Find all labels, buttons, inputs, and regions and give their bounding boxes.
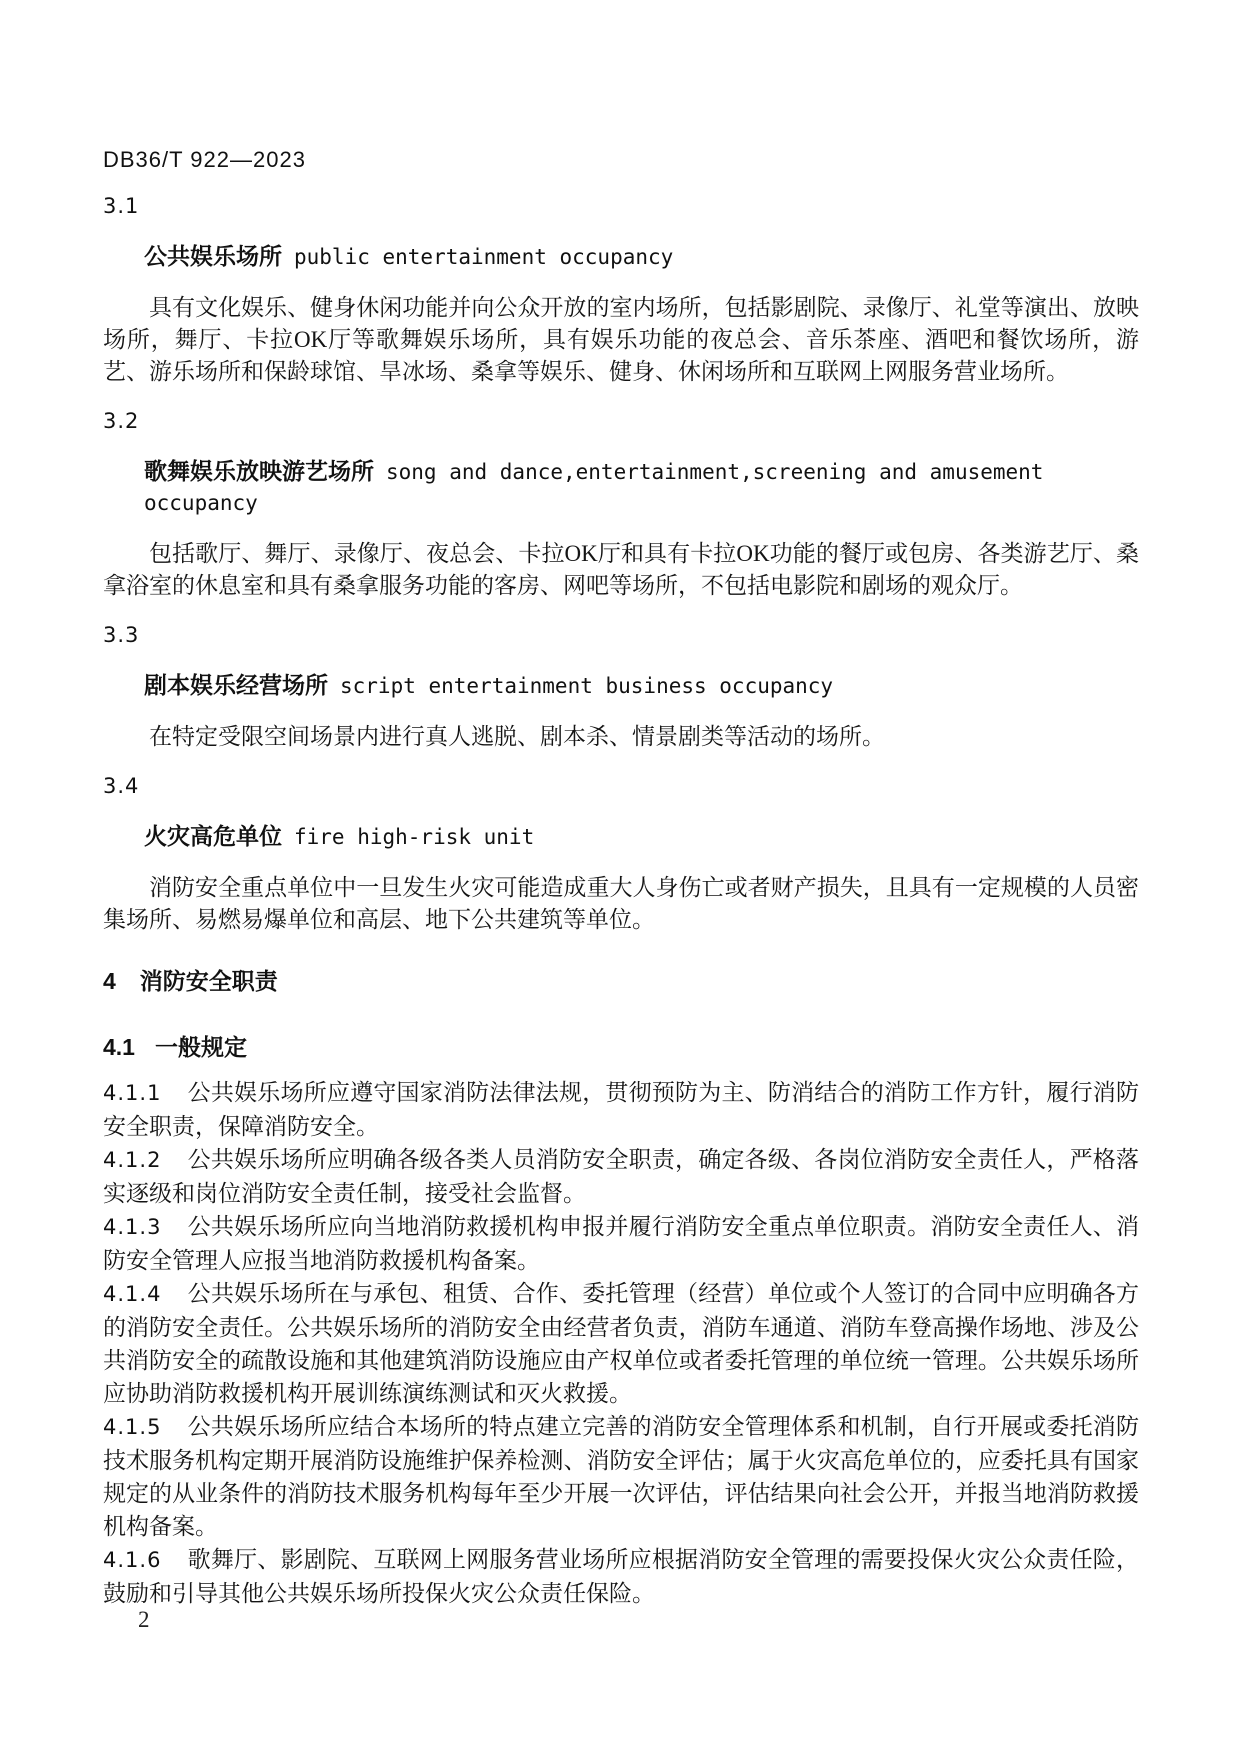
term-title: 火灾高危单位fire high-risk unit [103, 821, 1139, 852]
section-title: 一般规定 [155, 1034, 247, 1060]
section-number: 4.1 [103, 1034, 135, 1060]
document-page: DB36/T 922—2023 3.1 公共娱乐场所public enterta… [0, 0, 1241, 1754]
term-block-3-3: 3.3 剧本娱乐经营场所script entertainment busines… [103, 622, 1139, 753]
clause-4-1-1: 4.1.1公共娱乐场所应遵守国家消防法律法规，贯彻预防为主、防消结合的消防工作方… [103, 1076, 1139, 1143]
term-number: 3.2 [103, 408, 1139, 434]
clause-text: 公共娱乐场所应结合本场所的特点建立完善的消防安全管理体系和机制，自行开展或委托消… [103, 1414, 1139, 1539]
term-number: 3.3 [103, 622, 1139, 648]
clause-4-1-3: 4.1.3公共娱乐场所应向当地消防救援机构申报并履行消防安全重点单位职责。消防安… [103, 1210, 1139, 1277]
clause-text: 公共娱乐场所应明确各级各类人员消防安全职责，确定各级、各岗位消防安全责任人，严格… [103, 1147, 1139, 1206]
page-number: 2 [138, 1606, 150, 1634]
term-title-en: public entertainment occupancy [294, 245, 673, 269]
clause-number: 4.1.5 [103, 1415, 161, 1439]
section-heading: 4.1一般规定 [103, 1032, 1139, 1062]
clause-4-1-5: 4.1.5公共娱乐场所应结合本场所的特点建立完善的消防安全管理体系和机制，自行开… [103, 1410, 1139, 1543]
clause-number: 4.1.3 [103, 1215, 161, 1239]
clause-4-1-2: 4.1.2公共娱乐场所应明确各级各类人员消防安全职责，确定各级、各岗位消防安全责… [103, 1143, 1139, 1210]
clause-list: 4.1.1公共娱乐场所应遵守国家消防法律法规，贯彻预防为主、防消结合的消防工作方… [103, 1076, 1139, 1610]
clause-4-1-6: 4.1.6歌舞厅、影剧院、互联网上网服务营业场所应根据消防安全管理的需要投保火灾… [103, 1543, 1139, 1610]
term-block-3-2: 3.2 歌舞娱乐放映游艺场所song and dance,entertainme… [103, 408, 1139, 602]
term-title-zh: 火灾高危单位 [144, 823, 282, 849]
term-block-3-1: 3.1 公共娱乐场所public entertainment occupancy… [103, 193, 1139, 388]
term-title: 公共娱乐场所public entertainment occupancy [103, 241, 1139, 272]
clause-number: 4.1.2 [103, 1148, 161, 1172]
term-definition: 具有文化娱乐、健身休闲功能并向公众开放的室内场所，包括影剧院、录像厅、礼堂等演出… [103, 292, 1139, 388]
clause-text: 公共娱乐场所应遵守国家消防法律法规，贯彻预防为主、防消结合的消防工作方针，履行消… [103, 1080, 1139, 1139]
clause-number: 4.1.6 [103, 1548, 161, 1572]
chapter-title: 消防安全职责 [140, 968, 278, 994]
clause-text: 公共娱乐场所在与承包、租赁、合作、委托管理（经营）单位或个人签订的合同中应明确各… [103, 1281, 1139, 1406]
term-title-zh: 歌舞娱乐放映游艺场所 [144, 458, 374, 484]
chapter-number: 4 [103, 968, 116, 994]
document-code: DB36/T 922—2023 [103, 147, 1139, 173]
clause-text: 公共娱乐场所应向当地消防救援机构申报并履行消防安全重点单位职责。消防安全责任人、… [103, 1214, 1139, 1273]
term-number: 3.1 [103, 193, 1139, 219]
term-title: 歌舞娱乐放映游艺场所song and dance,entertainment,s… [103, 456, 1139, 518]
term-definition: 包括歌厅、舞厅、录像厅、夜总会、卡拉OK厅和具有卡拉OK功能的餐厅或包房、各类游… [103, 538, 1139, 602]
term-definition: 在特定受限空间场景内进行真人逃脱、剧本杀、情景剧类等活动的场所。 [103, 721, 1139, 753]
term-block-3-4: 3.4 火灾高危单位fire high-risk unit 消防安全重点单位中一… [103, 773, 1139, 936]
term-number: 3.4 [103, 773, 1139, 799]
chapter-heading: 4消防安全职责 [103, 966, 1139, 996]
clause-number: 4.1.1 [103, 1081, 161, 1105]
term-title-zh: 公共娱乐场所 [144, 243, 282, 269]
page-content: DB36/T 922—2023 3.1 公共娱乐场所public enterta… [103, 0, 1139, 1610]
clause-4-1-4: 4.1.4公共娱乐场所在与承包、租赁、合作、委托管理（经营）单位或个人签订的合同… [103, 1277, 1139, 1410]
clause-text: 歌舞厅、影剧院、互联网上网服务营业场所应根据消防安全管理的需要投保火灾公众责任险… [103, 1547, 1139, 1606]
term-title-en: script entertainment business occupancy [340, 674, 833, 698]
clause-number: 4.1.4 [103, 1282, 161, 1306]
term-title: 剧本娱乐经营场所script entertainment business oc… [103, 670, 1139, 701]
term-title-en: fire high-risk unit [294, 825, 534, 849]
term-definition: 消防安全重点单位中一旦发生火灾可能造成重大人身伤亡或者财产损失，且具有一定规模的… [103, 872, 1139, 936]
term-title-zh: 剧本娱乐经营场所 [144, 672, 328, 698]
